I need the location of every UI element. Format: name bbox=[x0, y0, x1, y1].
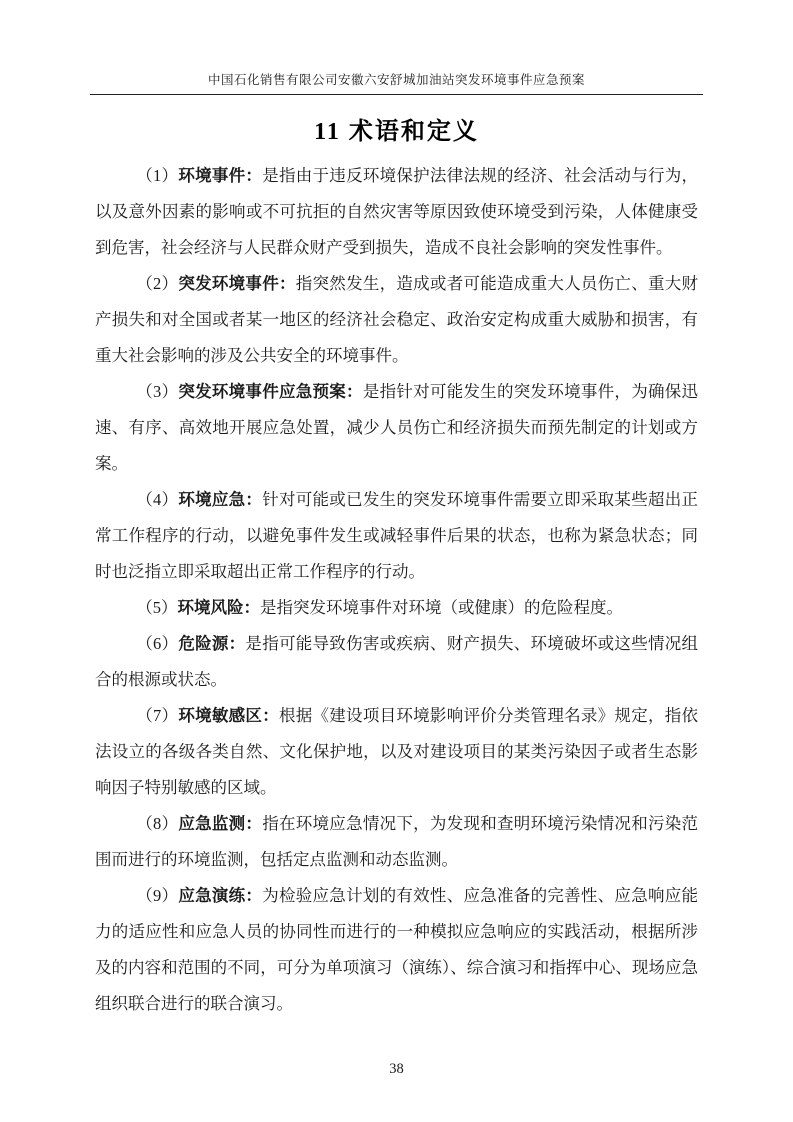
term-name: 突发环境事件应急预案： bbox=[178, 382, 363, 401]
term-number: （7） bbox=[136, 706, 178, 725]
term-number: （8） bbox=[136, 814, 178, 833]
term-number: （9） bbox=[136, 886, 178, 905]
page-header: 中国石化销售有限公司安徽六安舒城加油站突发环境事件应急预案 bbox=[90, 0, 703, 95]
page-title: 11 术语和定义 bbox=[0, 111, 793, 146]
term-paragraph-2: （2）突发环境事件：指突然发生，造成或者可能造成重大人员伤亡、重大财产损失和对全… bbox=[95, 266, 698, 374]
term-definition: 是指突发环境事件对环境（或健康）的危险程度。 bbox=[260, 598, 623, 617]
term-number: （2） bbox=[136, 274, 178, 293]
term-paragraph-5: （5）环境风险：是指突发环境事件对环境（或健康）的危险程度。 bbox=[95, 590, 698, 626]
term-name: 环境风险： bbox=[178, 598, 261, 617]
term-paragraph-4: （4）环境应急：针对可能或已发生的突发环境事件需要立即采取某些超出正常工作程序的… bbox=[95, 482, 698, 590]
document-page: 中国石化销售有限公司安徽六安舒城加油站突发环境事件应急预案 11 术语和定义 （… bbox=[0, 0, 793, 1122]
term-paragraph-8: （8）应急监测：指在环境应急情况下，为发现和查明环境污染情况和污染范围而进行的环… bbox=[95, 806, 698, 878]
term-number: （4） bbox=[136, 490, 178, 509]
term-name: 应急演练： bbox=[178, 886, 262, 905]
term-name: 应急监测： bbox=[178, 814, 262, 833]
term-number: （3） bbox=[136, 382, 178, 401]
term-name: 环境应急： bbox=[178, 490, 262, 509]
term-number: （6） bbox=[136, 634, 178, 653]
term-paragraph-6: （6）危险源：是指可能导致伤害或疾病、财产损失、环境破坏或这些情况组合的根源或状… bbox=[95, 626, 698, 698]
header-text: 中国石化销售有限公司安徽六安舒城加油站突发环境事件应急预案 bbox=[90, 70, 703, 88]
term-paragraph-7: （7）环境敏感区：根据《建设项目环境影响评价分类管理名录》规定，指依法设立的各级… bbox=[95, 698, 698, 806]
term-paragraph-9: （9）应急演练：为检验应急计划的有效性、应急准备的完善性、应急响应能力的适应性和… bbox=[95, 878, 698, 1022]
term-name: 危险源： bbox=[178, 634, 245, 653]
term-number: （1） bbox=[136, 166, 178, 185]
term-definition: 为检验应急计划的有效性、应急准备的完善性、应急响应能力的适应性和应急人员的协同性… bbox=[95, 886, 698, 1013]
term-paragraph-1: （1）环境事件：是指由于违反环境保护法律法规的经济、社会活动与行为，以及意外因素… bbox=[95, 158, 698, 266]
term-paragraph-3: （3）突发环境事件应急预案：是指针对可能发生的突发环境事件，为确保迅速、有序、高… bbox=[95, 374, 698, 482]
term-name: 突发环境事件： bbox=[178, 274, 295, 293]
page-number: 38 bbox=[0, 1061, 793, 1078]
term-name: 环境敏感区： bbox=[178, 706, 279, 725]
term-name: 环境事件： bbox=[178, 166, 262, 185]
terms-section: （1）环境事件：是指由于违反环境保护法律法规的经济、社会活动与行为，以及意外因素… bbox=[95, 158, 698, 1022]
term-number: （5） bbox=[136, 598, 177, 617]
